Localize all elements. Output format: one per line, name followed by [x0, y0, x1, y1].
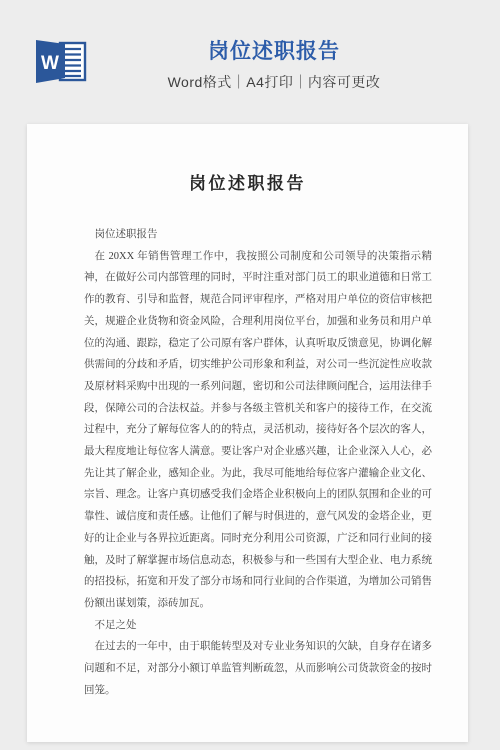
document-paragraph: 岗位述职报告	[84, 224, 432, 246]
document-paragraph: 不足之处	[84, 615, 432, 637]
document-preview-page: 岗位述职报告 岗位述职报告 在 20XX 年销售管理工作中，我按照公司制度和公司…	[27, 124, 468, 742]
document-title: 岗位述职报告	[27, 175, 468, 192]
document-paragraph: 在过去的一年中，由于职能转型及对专业业务知识的欠缺，自身存在诸多问题和不足，对部…	[84, 636, 432, 701]
header-banner: W 岗位述职报告 Word格式｜A4打印｜内容可更改	[33, 37, 460, 92]
document-body: 岗位述职报告 在 20XX 年销售管理工作中，我按照公司制度和公司领导的决策指示…	[27, 224, 468, 701]
banner-subtitle: Word格式｜A4打印｜内容可更改	[88, 72, 460, 92]
banner-title: 岗位述职报告	[88, 40, 460, 63]
svg-text:W: W	[41, 53, 59, 74]
banner-text-block: 岗位述职报告 Word格式｜A4打印｜内容可更改	[88, 37, 460, 92]
template-preview-page: { "banner": { "title": "岗位述职报告", "subtit…	[0, 0, 500, 750]
word-logo-icon: W	[33, 37, 88, 84]
document-paragraph: 在 20XX 年销售管理工作中，我按照公司制度和公司领导的决策指示精神，在做好公…	[84, 246, 432, 615]
